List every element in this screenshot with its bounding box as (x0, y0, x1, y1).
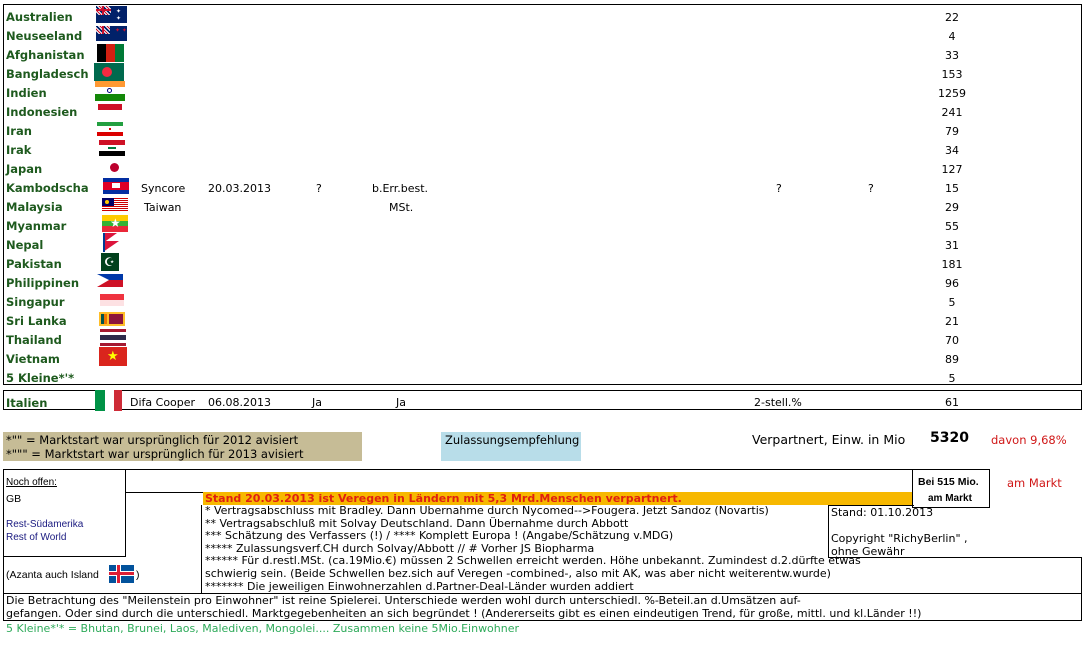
market-box-line1: Bei 515 Mio. (918, 476, 979, 488)
country-partner: Syncore (141, 182, 185, 195)
country-population: 89 (922, 353, 982, 366)
country-population: 5 (922, 372, 982, 385)
stand-date: Stand: 01.10.2013 (831, 506, 933, 519)
footnote-7: ******* Die jeweiligen Einwohnerzahlen d… (205, 581, 861, 594)
country-name: Singapur (6, 295, 65, 309)
japan-flag-icon (103, 160, 125, 174)
new-zealand-flag-icon: ✦ ✦ (96, 26, 127, 41)
country-col4: b.Err.best. (372, 182, 428, 195)
country-name: Irak (6, 143, 31, 157)
country-name: Vietnam (6, 352, 60, 366)
country-population: 34 (922, 144, 982, 157)
country-population: 33 (922, 49, 982, 62)
indonesia-flag-icon (98, 104, 122, 116)
sri-lanka-flag-icon (99, 312, 125, 326)
country-col4: MSt. (389, 201, 413, 214)
country-name: Neuseeland (6, 29, 82, 43)
country-population: 4 (922, 30, 982, 43)
summary-share: davon 9,68% (991, 433, 1067, 447)
iceland-frame (3, 557, 202, 593)
footnote-6b: schwierig sein. (Beide Schwellen bez.sic… (205, 568, 861, 581)
country-col3: ? (316, 182, 322, 195)
country-population: 1259 (922, 87, 982, 100)
footnote-1: * Vertragsabschluss mit Bradley. Dann Ub… (205, 505, 861, 518)
country-name: Malaysia (6, 200, 63, 214)
australia-flag-icon: ✦ ✦ (96, 6, 127, 23)
pakistan-flag-icon: ☪ (101, 253, 119, 271)
country-population: 79 (922, 125, 982, 138)
country-population: 31 (922, 239, 982, 252)
vietnam-flag-icon: ★ (99, 347, 127, 366)
open-item-rest-suedamerika: Rest-Südamerika (6, 519, 83, 530)
iraq-flag-icon (99, 140, 125, 156)
copyright-line2: ohne Gewähr (831, 545, 904, 558)
country-name: Thailand (6, 333, 62, 347)
country-population: 55 (922, 220, 982, 233)
country-col6: ? (868, 182, 874, 195)
country-name: Bangladesch (6, 67, 89, 81)
country-partner: Taiwan (144, 201, 181, 214)
cambodia-flag-icon (103, 178, 129, 194)
summary-label: Verpartnert, Einw. in Mio (752, 432, 905, 447)
country-col5: ? (776, 182, 782, 195)
italy-col4: Ja (396, 396, 406, 409)
recommendation-label: Zulassungsempfehlung (445, 433, 579, 447)
italy-date: 06.08.2013 (208, 396, 271, 409)
footnotes: * Vertragsabschluss mit Bradley. Dann Ub… (205, 505, 861, 593)
market-box-line2: am Markt (928, 493, 972, 504)
country-name: Philippinen (6, 276, 79, 290)
thailand-flag-icon (100, 329, 126, 346)
italy-flag-icon (95, 390, 126, 411)
betrachtung-right-edge (1081, 557, 1082, 593)
india-flag-icon (95, 81, 125, 101)
country-population: 21 (922, 315, 982, 328)
country-population: 29 (922, 201, 982, 214)
malaysia-flag-icon (102, 198, 128, 212)
country-name: Nepal (6, 238, 43, 252)
country-name: Indien (6, 86, 47, 100)
legend-line-2013: *""" = Marktstart war ursprünglich für 2… (6, 447, 303, 461)
country-population: 127 (922, 163, 982, 176)
nepal-flag-icon (103, 233, 119, 252)
italy-col5: 2-stell.% (754, 396, 802, 409)
footnote-3: *** Schätzung des Verfassers (!) / **** … (205, 530, 861, 543)
open-title: Noch offen: (6, 477, 57, 488)
country-name: Sri Lanka (6, 314, 67, 328)
country-name: 5 Kleine*'* (6, 371, 74, 385)
country-name: Myanmar (6, 219, 66, 233)
afghanistan-flag-icon (97, 44, 124, 62)
singapore-flag-icon (100, 294, 124, 306)
country-name: Australien (6, 10, 73, 24)
italy-population: 61 (922, 396, 982, 409)
italy-col3: Ja (312, 396, 322, 409)
summary-total: 5320 (930, 430, 969, 446)
market-label: am Markt (1007, 476, 1062, 490)
country-population: 96 (922, 277, 982, 290)
country-name: Pakistan (6, 257, 62, 271)
open-item-rest-of-world: Rest of World (6, 532, 66, 543)
betrachtung-line2: gefangen. Oder sind durch die unterschie… (6, 607, 921, 620)
country-name: Afghanistan (6, 48, 85, 62)
iran-flag-icon (97, 122, 123, 136)
country-population: 15 (922, 182, 982, 195)
country-name: Kambodscha (6, 181, 89, 195)
country-population: 241 (922, 106, 982, 119)
philippines-flag-icon (97, 274, 123, 287)
open-item-gb: GB (6, 493, 21, 505)
right-notes-box (913, 557, 1082, 558)
italy-partner: Difa Cooper (130, 396, 195, 409)
country-name-italy: Italien (6, 396, 47, 410)
country-name: Indonesien (6, 105, 77, 119)
myanmar-flag-icon: ★ (102, 215, 128, 232)
country-population: 153 (922, 68, 982, 81)
country-name: Japan (6, 162, 42, 176)
country-population: 5 (922, 296, 982, 309)
notes-top-box (125, 469, 913, 493)
bangladesh-flag-icon (94, 63, 124, 81)
country-population: 22 (922, 11, 982, 24)
country-date: 20.03.2013 (208, 182, 271, 195)
country-population: 70 (922, 334, 982, 347)
legend-line-2012: *"" = Marktstart war ursprünglich für 20… (6, 433, 298, 447)
country-name: Iran (6, 124, 32, 138)
copyright-line1: Copyright "RichyBerlin" , (831, 532, 968, 545)
kleine-note: 5 Kleine*'* = Bhutan, Brunei, Laos, Male… (6, 622, 519, 635)
country-population: 181 (922, 258, 982, 271)
betrachtung-line1: Die Betrachtung des "Meilenstein pro Ein… (6, 594, 801, 607)
